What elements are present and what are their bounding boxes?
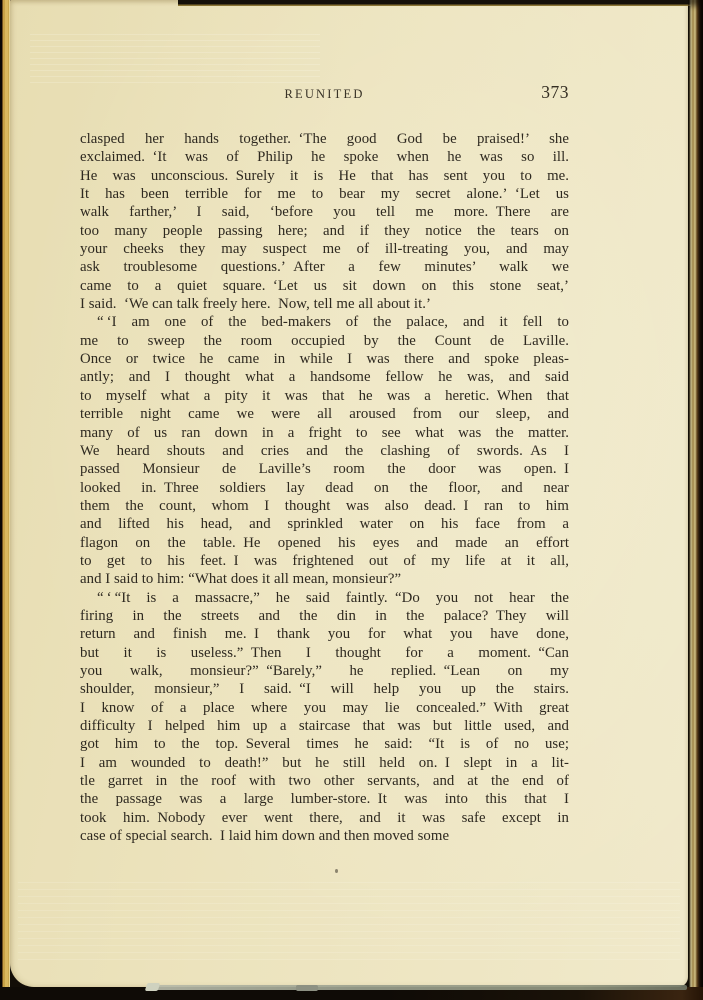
page-number: 373 bbox=[541, 82, 569, 103]
text-line: We heard shouts and cries and the clashi… bbox=[80, 442, 569, 460]
text-line: walk farther,’ I said, ‘before you tell … bbox=[80, 203, 569, 221]
text-line: you walk, monsieur?” “Barely,” he replie… bbox=[80, 662, 569, 680]
text-line: came to a quiet square. ‘Let us sit down… bbox=[80, 277, 569, 295]
text-line: too many people passing here; and if the… bbox=[80, 222, 569, 240]
text-line: flagon on the table. He opened his eyes … bbox=[80, 534, 569, 552]
text-line: I said. ‘We can talk freely here. Now, t… bbox=[80, 295, 569, 313]
text-line: and I said to him: “What does it all mea… bbox=[80, 570, 569, 588]
page-header-title: REUNITED bbox=[80, 87, 569, 102]
text-line: exclaimed. ‘It was of Philip he spoke wh… bbox=[80, 148, 569, 166]
text-line: firing in the streets and the din in the… bbox=[80, 607, 569, 625]
text-line: “ ‘ “It is a massacre,” he said faintly.… bbox=[80, 589, 569, 607]
text-line: passed Monsieur de Laville’s room the do… bbox=[80, 460, 569, 478]
text-line: He was unconscious. Surely it is He that… bbox=[80, 167, 569, 185]
book-scan: REUNITED 373 clasped her hands together.… bbox=[0, 0, 703, 1000]
text-line: clasped her hands together. ‘The good Go… bbox=[80, 130, 569, 148]
page-text: clasped her hands together. ‘The good Go… bbox=[80, 130, 569, 845]
text-line: took him. Nobody ever went there, and it… bbox=[80, 809, 569, 827]
text-line: I am wounded to death!” but he still hel… bbox=[80, 754, 569, 772]
binding-gutter-edge bbox=[0, 0, 10, 1000]
paper-texture-bottom bbox=[18, 882, 680, 966]
text-line: difficulty I helped him up a staircase t… bbox=[80, 717, 569, 735]
text-line: and lifted his head, and sprinkled water… bbox=[80, 515, 569, 533]
cover-top-band bbox=[178, 0, 703, 7]
text-line: case of special search. I laid him down … bbox=[80, 827, 569, 845]
paper-texture-top bbox=[30, 34, 320, 86]
paper-speck bbox=[335, 869, 338, 873]
text-line: shoulder, monsieur,” I said. “I will hel… bbox=[80, 680, 569, 698]
text-line: but it is useless.” Then I thought for a… bbox=[80, 644, 569, 662]
page-stack-bottom-edge bbox=[150, 985, 687, 990]
text-line: ask troublesome questions.’ After a few … bbox=[80, 258, 569, 276]
page-sheet: REUNITED 373 clasped her hands together.… bbox=[10, 0, 688, 987]
text-line: to get to his feet. I was frightened out… bbox=[80, 552, 569, 570]
edge-highlight bbox=[296, 985, 318, 991]
text-line: tle garret in the roof with two other se… bbox=[80, 772, 569, 790]
text-line: antly; and I thought what a handsome fel… bbox=[80, 368, 569, 386]
text-line: “ ‘I am one of the bed-makers of the pal… bbox=[80, 313, 569, 331]
text-line: your cheeks they may suspect me of ill-t… bbox=[80, 240, 569, 258]
text-line: return and finish me. I thank you for wh… bbox=[80, 625, 569, 643]
text-line: looked in. Three soldiers lay dead on th… bbox=[80, 479, 569, 497]
text-line: to myself what a pity it was that he was… bbox=[80, 387, 569, 405]
text-line: them the count, whom I thought was also … bbox=[80, 497, 569, 515]
text-line: the passage was a large lumber-store. It… bbox=[80, 790, 569, 808]
text-line: Once or twice he came in while I was the… bbox=[80, 350, 569, 368]
text-line: many of us ran down in a fright to see w… bbox=[80, 424, 569, 442]
text-line: I know of a place where you may lie conc… bbox=[80, 699, 569, 717]
text-line: me to sweep the room occupied by the Cou… bbox=[80, 332, 569, 350]
text-line: It has been terrible for me to bear my s… bbox=[80, 185, 569, 203]
running-head: REUNITED 373 bbox=[80, 86, 569, 104]
text-column: REUNITED 373 clasped her hands together.… bbox=[80, 86, 569, 845]
text-line: got him to the top. Several times he sai… bbox=[80, 735, 569, 753]
text-line: terrible night came we were all aroused … bbox=[80, 405, 569, 423]
page-stack-right-edge bbox=[688, 0, 703, 989]
